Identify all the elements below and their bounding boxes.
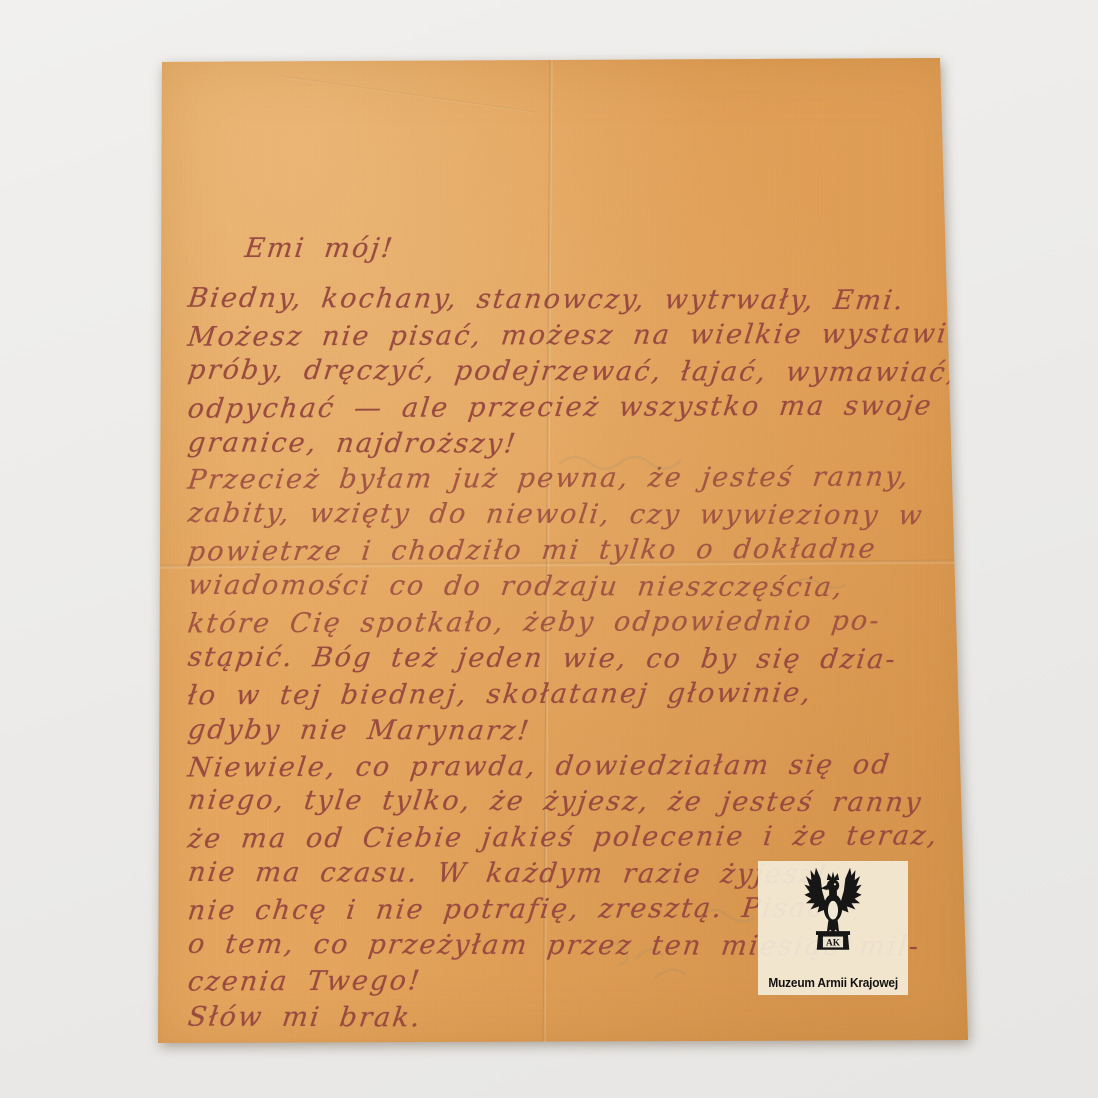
handwritten-line: wiadomości co do rodzaju nieszczęścia, [188, 569, 958, 605]
museum-watermark: AK Muzeum Armii Krajowej [758, 861, 908, 995]
handwritten-line: granice, najdroższy! [188, 426, 958, 462]
handwritten-line: ło w tej biednej, skołatanej głowinie, [188, 677, 958, 713]
handwritten-line: Niewiele, co prawda, dowiedziałam się od [188, 749, 958, 785]
handwritten-line: które Cię spotkało, żeby odpowiednio po- [188, 605, 958, 641]
museum-name-label: Muzeum Armii Krajowej [768, 976, 898, 995]
handwritten-line: niego, tyle tylko, że żyjesz, że jesteś … [188, 784, 958, 820]
handwritten-line: zabity, wzięty do niewoli, czy wywiezion… [188, 497, 958, 533]
handwritten-line: że ma od Ciebie jakieś polecenie i że te… [188, 820, 958, 856]
handwritten-line: Przecież byłam już pewna, że jesteś rann… [188, 461, 958, 497]
letter-scan-scene: Emi mój! Biedny, kochany, stanowczy, wyt… [0, 0, 1098, 1098]
handwritten-line: Możesz nie pisać, możesz na wielkie wyst… [188, 318, 958, 354]
handwritten-line: gdyby nie Marynarz! [188, 713, 958, 749]
paper-shadow: Emi mój! Biedny, kochany, stanowczy, wyt… [0, 0, 1098, 1098]
ak-eagle-icon: AK [794, 863, 872, 959]
ak-initials: AK [826, 938, 841, 948]
letter-paper: Emi mój! Biedny, kochany, stanowczy, wyt… [155, 53, 975, 1048]
handwritten-line: Słów mi brak. [188, 1000, 958, 1036]
handwritten-line: odpychać — ale przecież wszystko ma swoj… [188, 390, 958, 426]
handwritten-line: Biedny, kochany, stanowczy, wytrwały, Em… [188, 282, 958, 318]
handwritten-line: próby, dręczyć, podejrzewać, łajać, wyma… [188, 354, 958, 390]
letter-salutation: Emi mój! [245, 229, 958, 269]
corner-crease [276, 75, 534, 113]
handwritten-line: stąpić. Bóg też jeden wie, co by się dzi… [188, 641, 958, 677]
handwritten-line: powietrze i chodziło mi tylko o dokładne [188, 533, 958, 569]
